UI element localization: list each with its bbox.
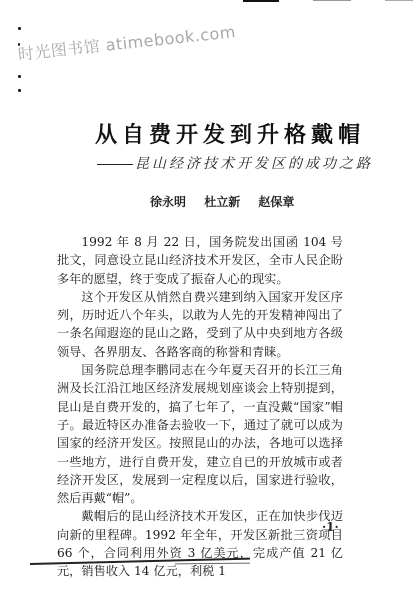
paragraph: 这个开发区从悄然自费兴建到纳入国家开发区序列，历时近八个年头，以敢为人先的开发精… <box>57 288 343 361</box>
top-scan-mark <box>243 0 279 2</box>
paragraph: 1992 年 8 月 22 日，国务院发出国函 104 号批文，同意设立昆山经济… <box>57 233 343 288</box>
page-number: ·1· <box>322 520 339 534</box>
subtitle-text: 昆山经济技术开发区的成功之路 <box>135 156 373 172</box>
author-list: 徐永明 杜立新 赵保章 <box>150 193 308 210</box>
edge-binding-mark <box>18 75 21 78</box>
edge-binding-mark <box>18 89 21 92</box>
top-scan-mark <box>385 0 413 1</box>
watermark: 时光图书馆 atimebook.com <box>17 19 237 65</box>
top-scan-mark <box>313 0 351 1</box>
paragraph: 国务院总理李鹏同志在今年夏天召开的长江三角洲及长江沿江地区经济发展规划座谈会上特… <box>57 361 343 507</box>
em-dash-rule <box>97 164 133 165</box>
paragraph: 戴帽后的昆山经济技术开发区，正在加快步伐迈向新的里程碑。1992 年全年，开发区… <box>57 507 343 580</box>
article-title: 从自费开发到升格戴帽 <box>95 118 365 149</box>
author-name: 赵保章 <box>258 195 294 209</box>
author-name: 杜立新 <box>204 195 240 209</box>
article-subtitle: 昆山经济技术开发区的成功之路 <box>97 153 373 173</box>
author-name: 徐永明 <box>150 195 186 209</box>
article-body: 1992 年 8 月 22 日，国务院发出国函 104 号批文，同意设立昆山经济… <box>57 233 343 581</box>
edge-binding-mark <box>18 27 21 30</box>
